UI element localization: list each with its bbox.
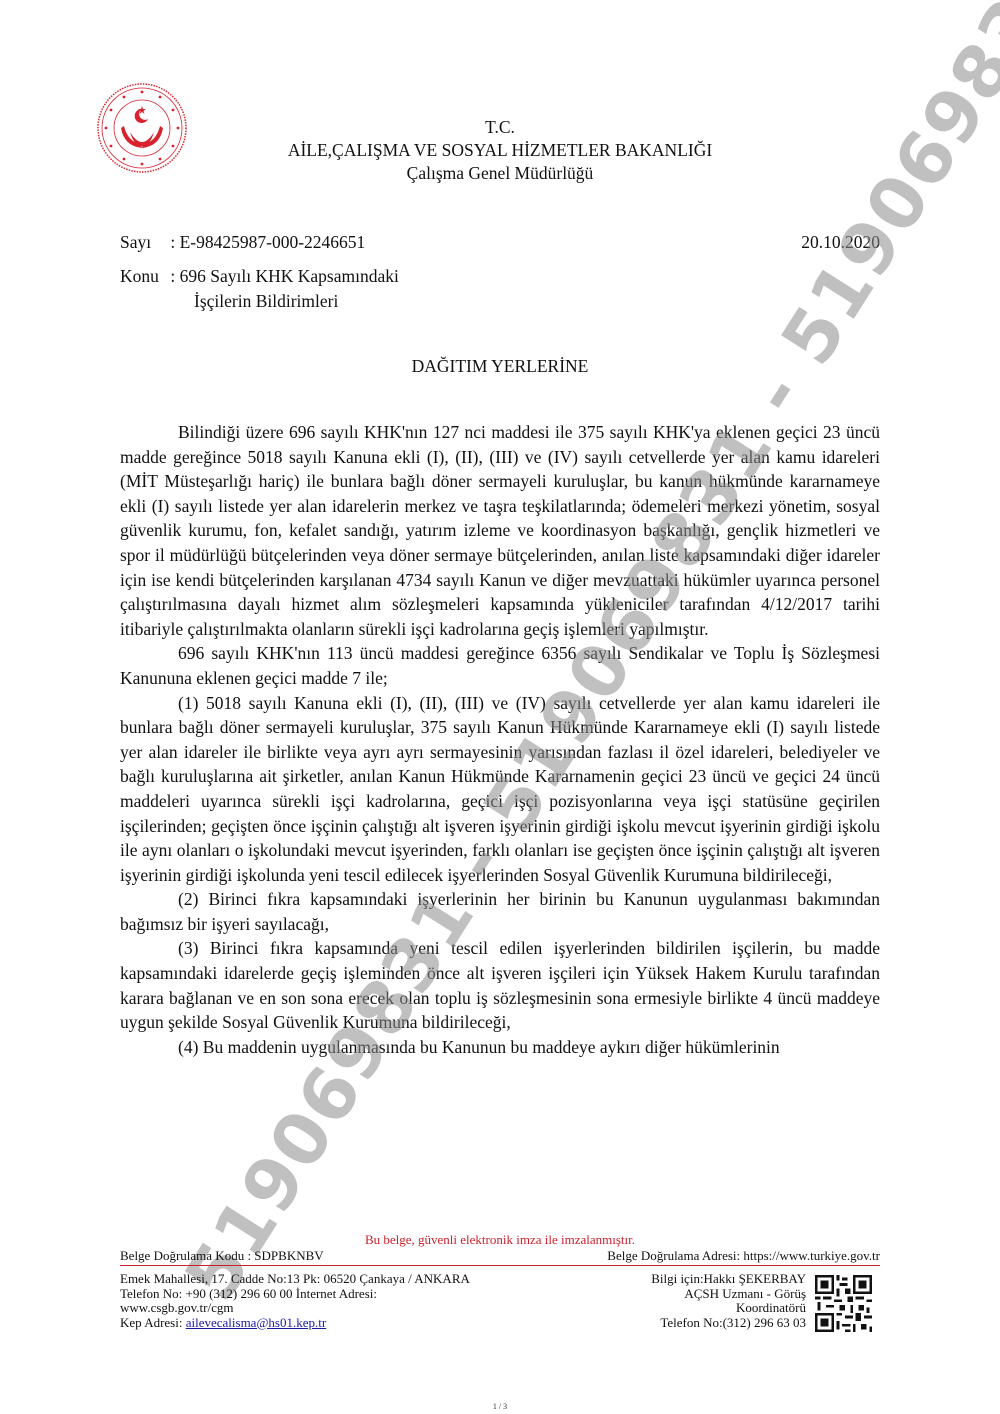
header-tc: T.C. [200,116,800,139]
page-indicator: 1 / 3 [0,1402,1000,1411]
body-paragraph: (3) Birinci fıkra kapsamında yeni tescil… [120,936,880,1034]
document-number: Sayı : E-98425987-000-2246651 [120,231,365,254]
department-name: Çalışma Genel Müdürlüğü [200,162,800,185]
phone-line: Telefon No: +90 (312) 296 60 00 İnternet… [120,1287,480,1302]
verification-code: Belge Doğrulama Kodu : SDPBKNBV [120,1248,324,1264]
contact-title-2: Koordinatörü [651,1301,806,1316]
contact-info: Bilgi için:Hakkı ŞEKERBAY AÇSH Uzmanı - … [651,1272,806,1330]
subject: Konu : 696 Sayılı KHK Kapsamındaki [120,265,399,288]
ministry-address: Emek Mahallesi, 17. Cadde No:13 Pk: 0652… [120,1272,480,1330]
konu-label: Konu [120,265,154,288]
address-line: Emek Mahallesi, 17. Cadde No:13 Pk: 0652… [120,1272,480,1287]
kep-address: Kep Adresi: ailevecalisma@hs01.kep.tr [120,1316,480,1331]
contact-phone: Telefon No:(312) 296 63 03 [651,1316,806,1331]
website: www.csgb.gov.tr/cgm [120,1301,480,1316]
esignature-notice: Bu belge, güvenli elektronik imza ile im… [120,1232,880,1248]
verification-address: Belge Doğrulama Adresi: https://www.turk… [607,1248,880,1264]
contact-name: Bilgi için:Hakkı ŞEKERBAY [651,1272,806,1287]
ministry-seal-icon [96,82,188,174]
contact-title: AÇSH Uzmanı - Görüş [651,1287,806,1302]
distribution-heading: DAĞITIM YERLERİNE [200,356,800,377]
ministry-name: AİLE,ÇALIŞMA VE SOSYAL HİZMETLER BAKANLI… [200,139,800,162]
kep-link[interactable]: ailevecalisma@hs01.kep.tr [186,1315,326,1330]
subject-line-2: İşçilerin Bildirimleri [194,290,338,313]
sayi-value: : E-98425987-000-2246651 [170,232,365,252]
qr-code-icon [815,1275,872,1332]
kep-label: Kep Adresi: [120,1315,186,1330]
verification-row: Belge Doğrulama Kodu : SDPBKNBV Belge Do… [120,1248,880,1266]
body-paragraph: Bilindiği üzere 696 sayılı KHK'nın 127 n… [120,420,880,641]
sayi-label: Sayı [120,231,154,254]
konu-value: : 696 Sayılı KHK Kapsamındaki [170,266,398,286]
body-paragraph: (1) 5018 sayılı Kanuna ekli (I), (II), (… [120,691,880,888]
body-paragraph: 696 sayılı KHK'nın 113 üncü maddesi gere… [120,641,880,690]
body-paragraph: (4) Bu maddenin uygulanmasında bu Kanunu… [120,1035,880,1060]
body-paragraph: (2) Birinci fıkra kapsamındaki işyerleri… [120,887,880,936]
document-date: 20.10.2020 [801,231,880,254]
document-body: Bilindiği üzere 696 sayılı KHK'nın 127 n… [120,420,880,1059]
